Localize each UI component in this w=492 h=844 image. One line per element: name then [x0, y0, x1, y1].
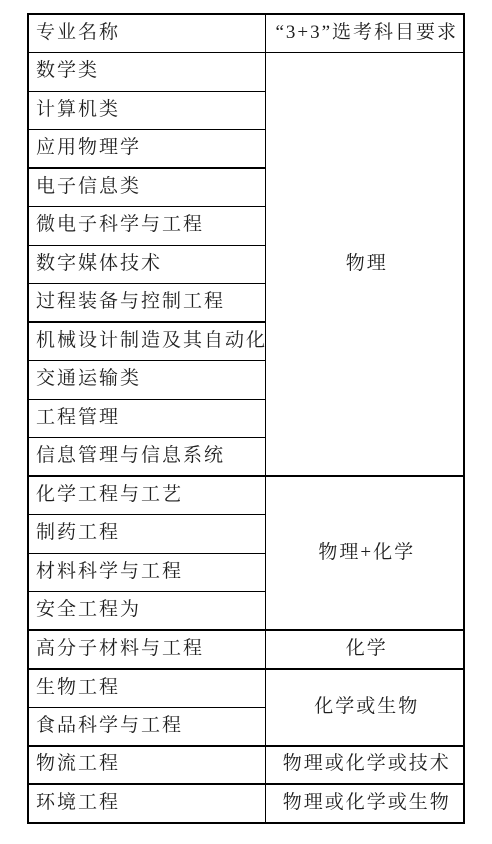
major-name-cell: 高分子材料与工程 [28, 630, 265, 669]
major-name-cell: 过程装备与控制工程 [28, 284, 265, 323]
major-name-cell: 微电子科学与工程 [28, 207, 265, 246]
major-name-cell: 食品科学与工程 [28, 707, 265, 746]
major-name-cell: 化学工程与工艺 [28, 476, 265, 515]
major-name-cell: 制药工程 [28, 515, 265, 554]
table-row: 高分子材料与工程化学 [28, 630, 464, 669]
major-name-cell: 机械设计制造及其自动化 [28, 322, 265, 361]
major-name-cell: 物流工程 [28, 746, 265, 785]
major-name-cell: 生物工程 [28, 669, 265, 708]
header-major-name: 专业名称 [28, 14, 265, 53]
requirement-cell: 物理或化学或生物 [265, 784, 464, 823]
major-name-cell: 数学类 [28, 53, 265, 92]
major-name-cell: 交通运输类 [28, 361, 265, 400]
major-name-cell: 工程管理 [28, 399, 265, 438]
table-row: 数学类物理 [28, 53, 464, 92]
table-header-row: 专业名称 “3+3”选考科目要求 [28, 14, 464, 53]
document-page: 专业名称 “3+3”选考科目要求 数学类物理计算机类应用物理学电子信息类微电子科… [0, 0, 492, 844]
requirement-cell: 化学或生物 [265, 669, 464, 746]
table-row: 化学工程与工艺物理+化学 [28, 476, 464, 515]
table-body: 数学类物理计算机类应用物理学电子信息类微电子科学与工程数字媒体技术过程装备与控制… [28, 53, 464, 823]
subject-requirements-table: 专业名称 “3+3”选考科目要求 数学类物理计算机类应用物理学电子信息类微电子科… [27, 13, 465, 824]
requirement-cell: 物理+化学 [265, 476, 464, 630]
table-row: 生物工程化学或生物 [28, 669, 464, 708]
header-subject-requirement: “3+3”选考科目要求 [265, 14, 464, 53]
major-name-cell: 环境工程 [28, 784, 265, 823]
major-name-cell: 安全工程为 [28, 592, 265, 631]
major-name-cell: 数字媒体技术 [28, 245, 265, 284]
requirement-cell: 物理 [265, 53, 464, 477]
major-name-cell: 计算机类 [28, 91, 265, 130]
requirement-cell: 物理或化学或技术 [265, 746, 464, 785]
table-row: 环境工程物理或化学或生物 [28, 784, 464, 823]
major-name-cell: 应用物理学 [28, 130, 265, 169]
major-name-cell: 电子信息类 [28, 168, 265, 207]
major-name-cell: 信息管理与信息系统 [28, 438, 265, 477]
table-row: 物流工程物理或化学或技术 [28, 746, 464, 785]
major-name-cell: 材料科学与工程 [28, 553, 265, 592]
requirement-cell: 化学 [265, 630, 464, 669]
